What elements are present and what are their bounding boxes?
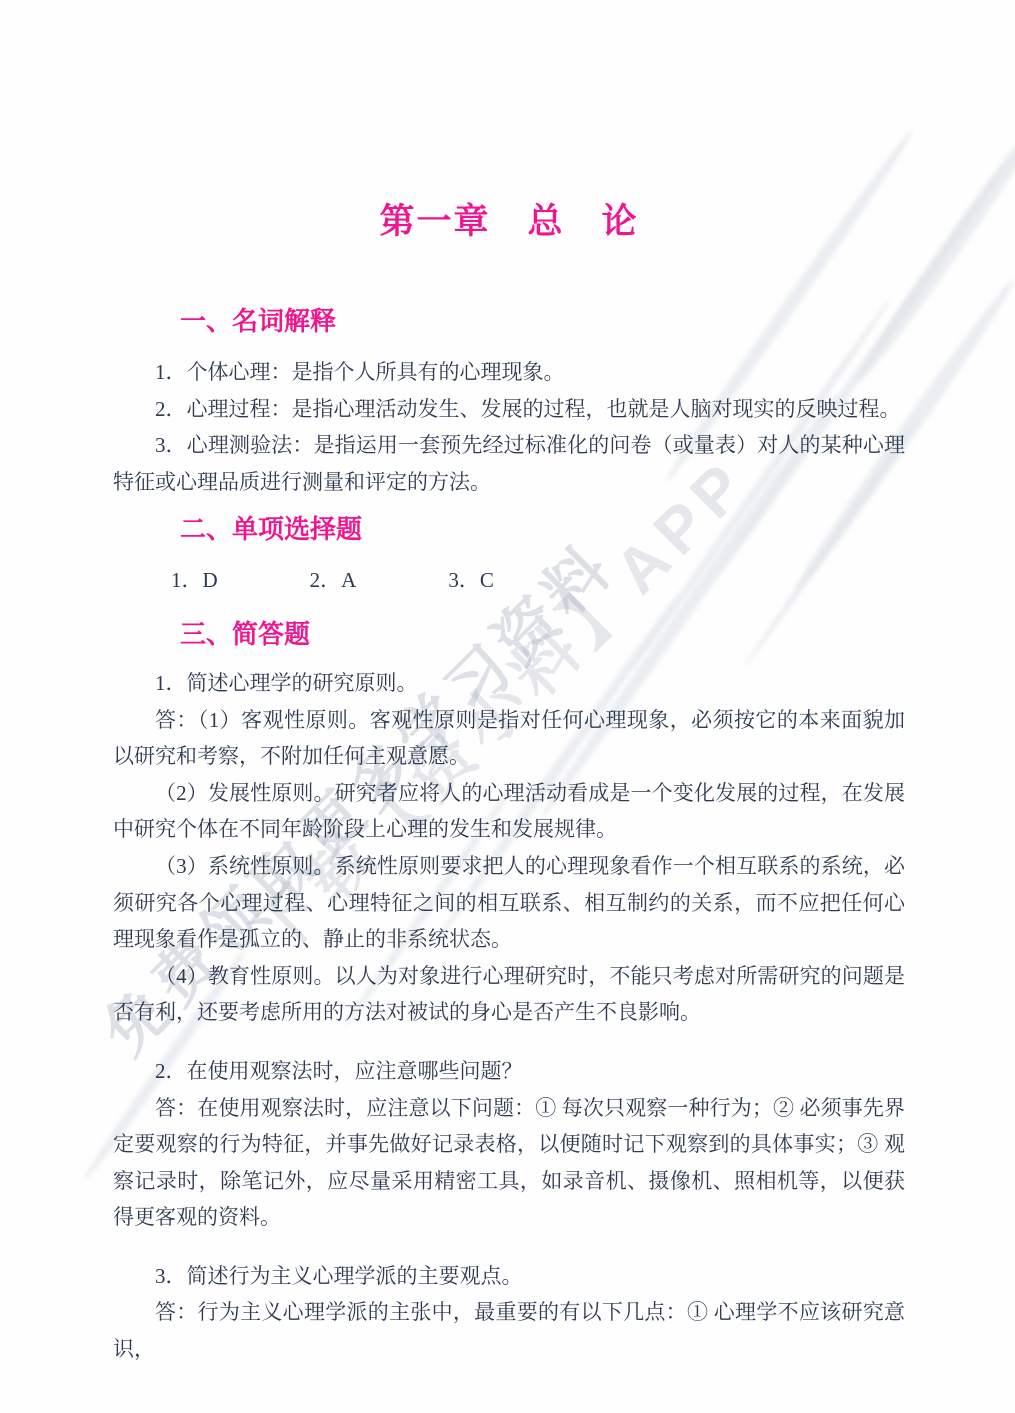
document-content: 第一章 总 论 一、名词解释 1．个体心理：是指个人所具有的心理现象。 2．心理… [0,200,1015,1368]
term-definition-1: 1．个体心理：是指个人所具有的心理现象。 [113,354,905,391]
question-1-answer-p2: （2）发展性原则。研究者应将人的心理活动看成是一个变化发展的过程，在发展中研究个… [113,775,905,848]
term-definition-2: 2．心理过程：是指心理活动发生、发展的过程，也就是人脑对现实的反映过程。 [113,391,905,428]
choice-answer-1: 1．D [171,562,218,599]
section-heading-multiple-choice: 二、单项选择题 [113,512,905,546]
section-heading-short-answer: 三、简答题 [113,617,905,651]
question-2-answer-p1: 答：在使用观察法时，应注意以下问题：① 每次只观察一种行为；② 必须事先界定要观… [113,1090,905,1236]
chapter-title: 第一章 总 论 [113,200,905,244]
question-1: 1．简述心理学的研究原则。 [113,665,905,702]
section-heading-terms: 一、名词解释 [113,304,905,338]
choice-answer-3: 3．C [448,562,494,599]
term-definition-3: 3．心理测验法：是指运用一套预先经过标准化的问卷（或量表）对人的某种心理特征或心… [113,427,905,500]
question-3-answer-p1: 答：行为主义心理学派的主张中，最重要的有以下几点：① 心理学不应该研究意识， [113,1294,905,1367]
question-1-answer-p1: 答：（1）客观性原则。客观性原则是指对任何心理现象，必须按它的本来面貌加以研究和… [113,702,905,775]
question-3: 3．简述行为主义心理学派的主要观点。 [113,1258,905,1295]
choice-answer-2: 2．A [310,562,357,599]
question-1-answer-p3: （3）系统性原则。系统性原则要求把人的心理现象看作一个相互联系的系统，必须研究各… [113,848,905,958]
question-1-answer-p4: （4）教育性原则。以人为对象进行心理研究时，不能只考虑对所需研究的问题是否有利，… [113,958,905,1031]
question-2: 2．在使用观察法时，应注意哪些问题？ [113,1053,905,1090]
choice-answers-row: 1．D 2．A 3．C [113,562,905,599]
document-page: 免费领取更多学习资料 下载【资小料】APP 第一章 总 论 一、名词解释 1．个… [0,0,1015,1413]
